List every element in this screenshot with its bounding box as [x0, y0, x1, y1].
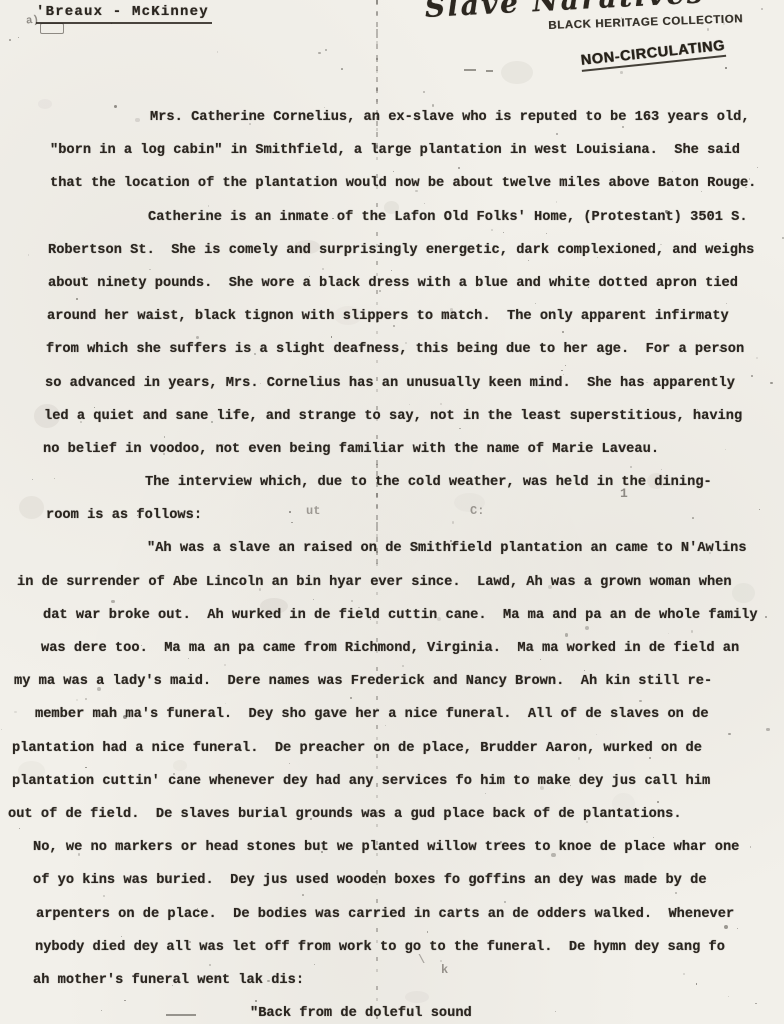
document-line: member mah ma's funeral. Dey sho gave he…: [35, 698, 784, 731]
document-line: Mrs. Catherine Cornelius, an ex-slave wh…: [150, 101, 784, 134]
document-line: no belief in voodoo, not even being fami…: [43, 433, 784, 466]
document-line: nybody died dey all was let off from wor…: [35, 931, 784, 964]
document-line: that the location of the plantation woul…: [50, 167, 784, 200]
document-line: of yo kins was buried. Dey jus used wood…: [33, 864, 784, 897]
document-line: ah mother's funeral went lak dis:: [33, 964, 784, 997]
document-line: "Ah was a slave an raised on de Smithfie…: [147, 532, 784, 565]
document-line: so advanced in years, Mrs. Cornelius has…: [45, 367, 784, 400]
document-line: room is as follows:: [46, 499, 784, 532]
non-circulating-stamp: NON-CIRCULATING: [580, 38, 726, 72]
document-line: Robertson St. She is comely and surprisi…: [48, 234, 784, 267]
document-body: Mrs. Catherine Cornelius, an ex-slave wh…: [0, 101, 784, 1024]
document-line: around her waist, black tignon with slip…: [47, 300, 784, 333]
document-line: "born in a log cabin" in Smithfield, a l…: [50, 134, 784, 167]
document-line: Catherine is an inmate of the Lafon Old …: [148, 201, 784, 234]
document-line: in de surrender of Abe Lincoln an bin hy…: [17, 566, 784, 599]
document-line: "Back from de doleful sound: [250, 997, 784, 1024]
noise-artifact: [464, 69, 476, 71]
document-line: about ninety pounds. She wore a black dr…: [48, 267, 784, 300]
interviewer-annotation: 'Breaux - McKinney: [36, 4, 212, 24]
document-line: out of de field. De slaves burial ground…: [8, 798, 784, 831]
black-heritage-collection-stamp: BLACK HERITAGE COLLECTION: [548, 13, 743, 32]
document-line: No, we no markers or head stones but we …: [33, 831, 784, 864]
document-line: The interview which, due to the cold wea…: [145, 466, 784, 499]
noise-artifact: [40, 23, 64, 34]
document-line: arpenters on de place. De bodies was car…: [36, 898, 784, 931]
document-line: led a quiet and sane life, and strange t…: [44, 400, 784, 433]
document-line: was dere too. Ma ma an pa came from Rich…: [41, 632, 784, 665]
document-line: dat war broke out. Ah wurked in de field…: [43, 599, 784, 632]
scanned-document-page: 'Breaux - McKinney Slave Naratives BLACK…: [0, 0, 784, 1024]
noise-artifact: [486, 70, 493, 72]
document-line: from which she suffers is a slight deafn…: [46, 333, 784, 366]
document-line: plantation cuttin' cane whenever dey had…: [12, 765, 784, 798]
document-line: plantation had a nice funeral. De preach…: [12, 732, 784, 765]
document-line: my ma was a lady's maid. Dere names was …: [14, 665, 784, 698]
